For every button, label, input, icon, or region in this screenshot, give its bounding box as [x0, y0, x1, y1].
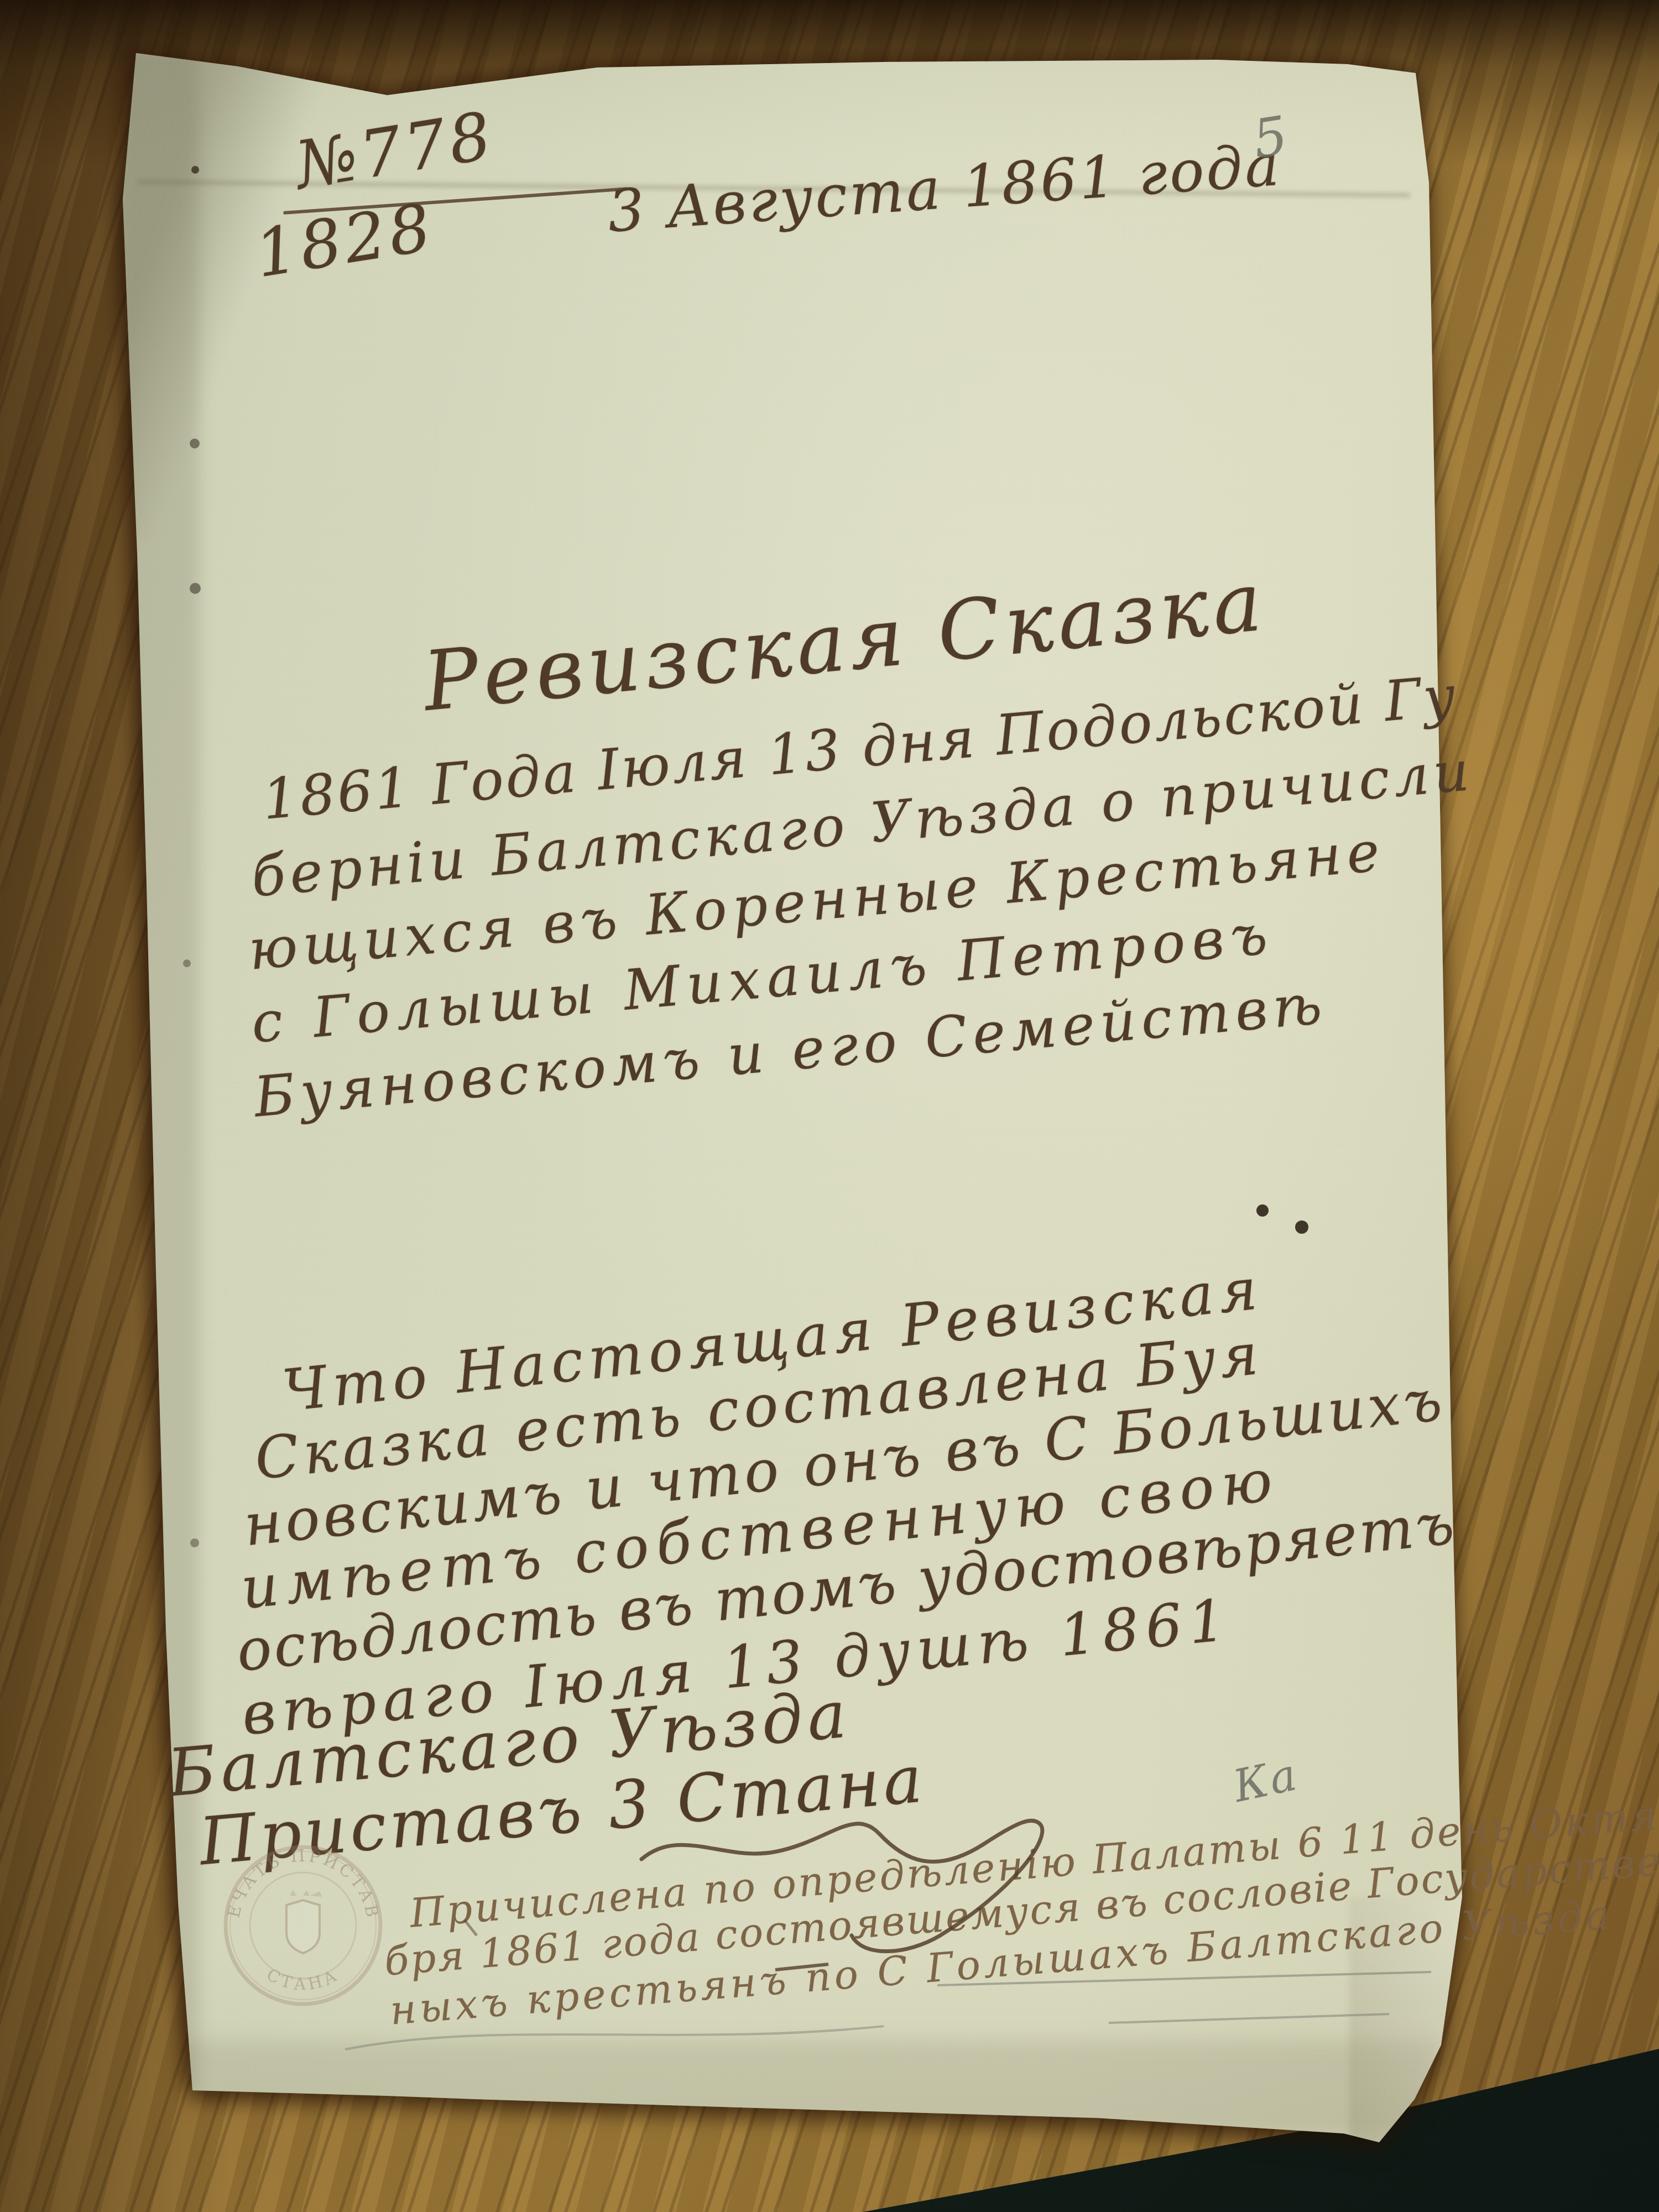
bottom-shading — [166, 2041, 1438, 2135]
stamp-shield — [286, 1900, 320, 1953]
photo-of-document: №778 1828 3 Августа 1861 года 5 Ревизска… — [0, 0, 1659, 2212]
official-stamp: ПЕЧАТЬ ПРИСТАВА СТАНА — [220, 1843, 386, 2008]
